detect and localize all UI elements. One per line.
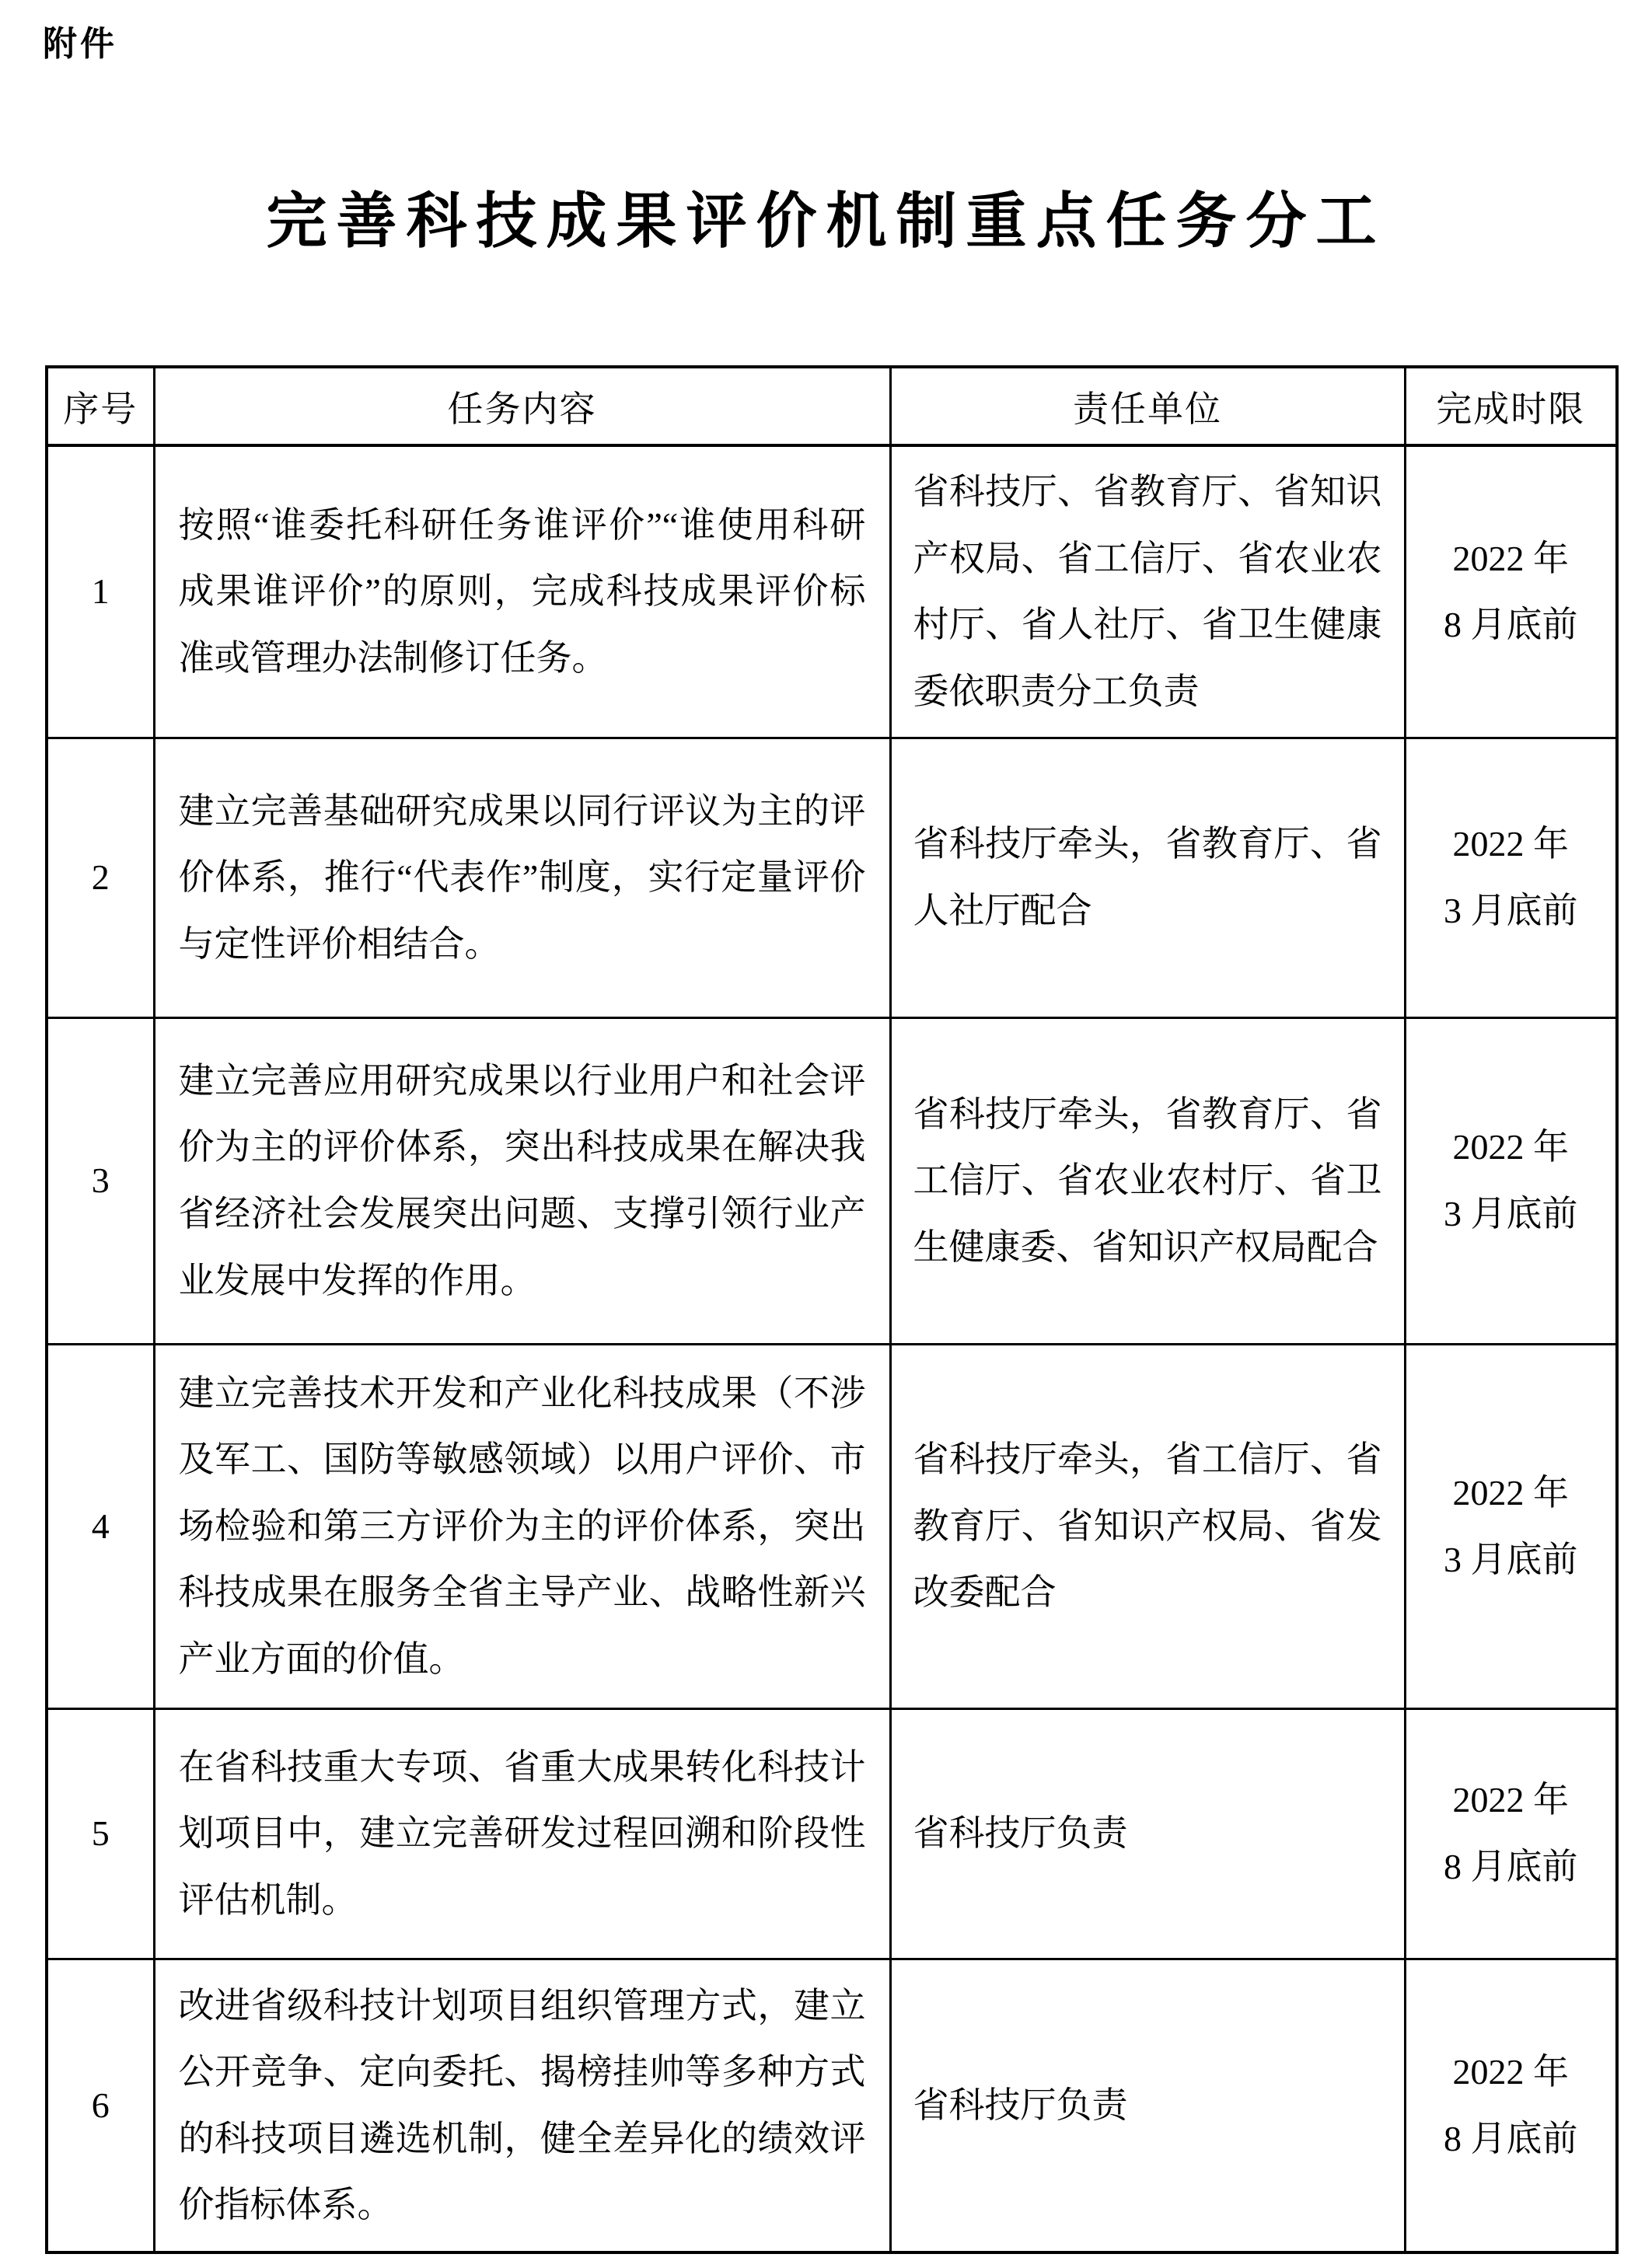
header-unit: 责任单位 <box>890 367 1405 445</box>
unit-cell: 省科技厅牵头，省教育厅、省人社厅配合 <box>890 738 1405 1017</box>
table-header-row: 序号 任务内容 责任单位 完成时限 <box>47 367 1617 445</box>
deadline-cell: 2022 年 3 月底前 <box>1405 1017 1617 1344</box>
unit-cell: 省科技厅负责 <box>890 1708 1405 1959</box>
unit-cell: 省科技厅牵头，省工信厅、省教育厅、省知识产权局、省发改委配合 <box>890 1344 1405 1708</box>
deadline-cell: 2022 年 8 月底前 <box>1405 1708 1617 1959</box>
deadline-cell: 2022 年 3 月底前 <box>1405 1344 1617 1708</box>
header-deadline: 完成时限 <box>1405 367 1617 445</box>
task-cell: 按照“谁委托科研任务谁评价”“谁使用科研成果谁评价”的原则，完成科技成果评价标准… <box>154 445 890 738</box>
deadline-cell: 2022 年 3 月底前 <box>1405 738 1617 1017</box>
header-no: 序号 <box>47 367 154 445</box>
table-row: 1 按照“谁委托科研任务谁评价”“谁使用科研成果谁评价”的原则，完成科技成果评价… <box>47 445 1617 738</box>
row-number-cell: 1 <box>47 445 154 738</box>
task-assignment-table: 序号 任务内容 责任单位 完成时限 1 按照“谁委托科研任务谁评价”“谁使用科研… <box>45 365 1619 2254</box>
document-page: 附件 完善科技成果评价机制重点任务分工 序号 任务内容 责任单位 完成时限 1 … <box>0 0 1652 2268</box>
task-cell: 建立完善技术开发和产业化科技成果（不涉及军工、国防等敏感领域）以用户评价、市场检… <box>154 1344 890 1708</box>
table-row: 5 在省科技重大专项、省重大成果转化科技计划项目中，建立完善研发过程回溯和阶段性… <box>47 1708 1617 1959</box>
row-number-cell: 6 <box>47 1959 154 2252</box>
attachment-label: 附件 <box>43 16 117 65</box>
unit-cell: 省科技厅负责 <box>890 1959 1405 2252</box>
row-number-cell: 2 <box>47 738 154 1017</box>
table-row: 4 建立完善技术开发和产业化科技成果（不涉及军工、国防等敏感领域）以用户评价、市… <box>47 1344 1617 1708</box>
header-task: 任务内容 <box>154 367 890 445</box>
deadline-cell: 2022 年 8 月底前 <box>1405 445 1617 738</box>
table-row: 3 建立完善应用研究成果以行业用户和社会评价为主的评价体系，突出科技成果在解决我… <box>47 1017 1617 1344</box>
row-number-cell: 5 <box>47 1708 154 1959</box>
task-cell: 在省科技重大专项、省重大成果转化科技计划项目中，建立完善研发过程回溯和阶段性评估… <box>154 1708 890 1959</box>
page-title: 完善科技成果评价机制重点任务分工 <box>0 173 1652 260</box>
unit-cell: 省科技厅牵头，省教育厅、省工信厅、省农业农村厅、省卫生健康委、省知识产权局配合 <box>890 1017 1405 1344</box>
task-cell: 建立完善应用研究成果以行业用户和社会评价为主的评价体系，突出科技成果在解决我省经… <box>154 1017 890 1344</box>
table-row: 6 改进省级科技计划项目组织管理方式，建立公开竞争、定向委托、揭榜挂帅等多种方式… <box>47 1959 1617 2252</box>
unit-cell: 省科技厅、省教育厅、省知识产权局、省工信厅、省农业农村厅、省人社厅、省卫生健康委… <box>890 445 1405 738</box>
row-number-cell: 3 <box>47 1017 154 1344</box>
task-cell: 改进省级科技计划项目组织管理方式，建立公开竞争、定向委托、揭榜挂帅等多种方式的科… <box>154 1959 890 2252</box>
table-row: 2 建立完善基础研究成果以同行评议为主的评价体系，推行“代表作”制度，实行定量评… <box>47 738 1617 1017</box>
deadline-cell: 2022 年 8 月底前 <box>1405 1959 1617 2252</box>
row-number-cell: 4 <box>47 1344 154 1708</box>
task-cell: 建立完善基础研究成果以同行评议为主的评价体系，推行“代表作”制度，实行定量评价与… <box>154 738 890 1017</box>
